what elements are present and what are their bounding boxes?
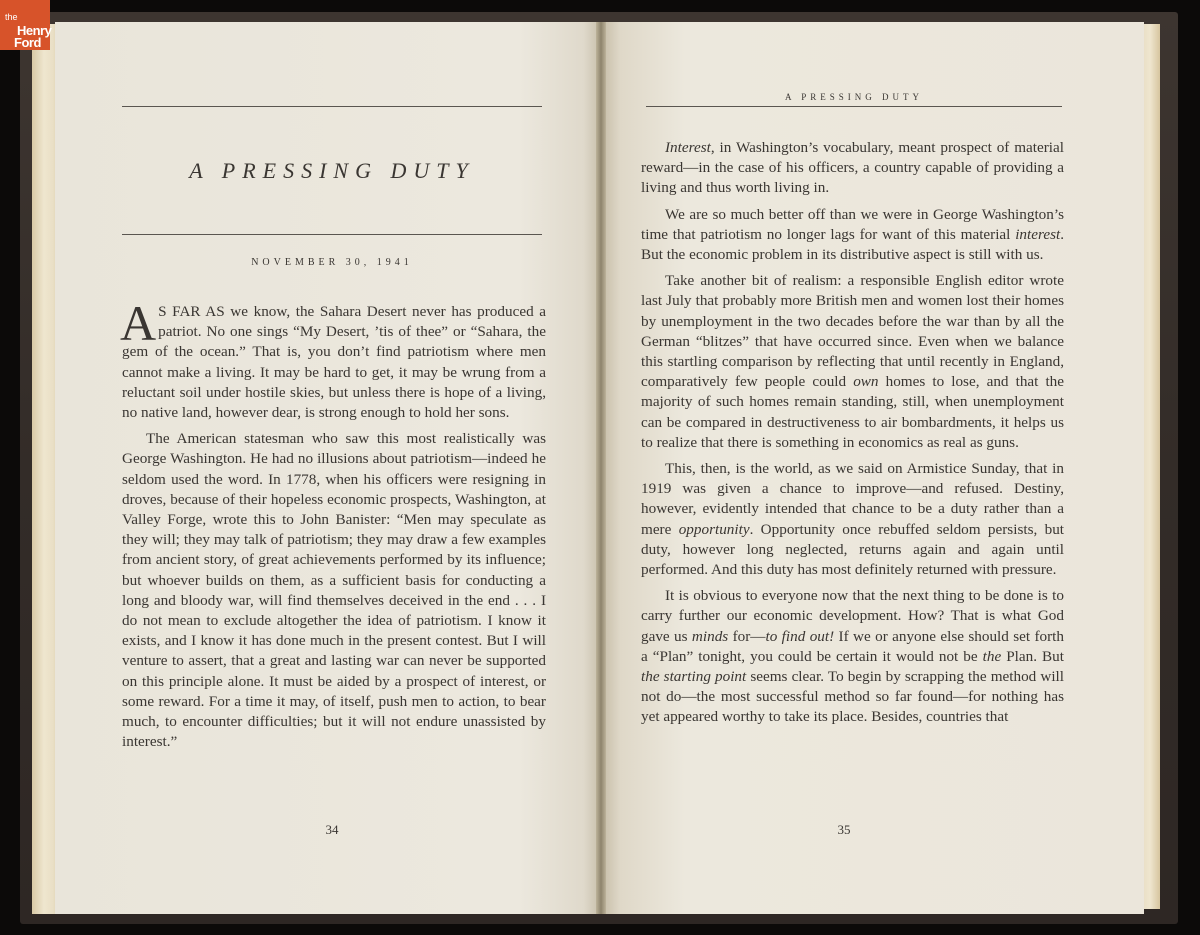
title-rule	[122, 234, 542, 235]
page-number-left: 34	[312, 822, 352, 838]
book-gutter	[596, 22, 606, 914]
paragraph-obvious: It is obvious to everyone now that the n…	[641, 586, 1064, 727]
paragraph-better-off: We are so much better off than we were i…	[641, 205, 1064, 266]
chapter-date: NOVEMBER 30, 1941	[122, 257, 542, 268]
right-page-body: Interest, in Washington’s vocabulary, me…	[641, 138, 1064, 728]
running-head: A PRESSING DUTY	[648, 92, 1060, 102]
opening-paragraph-text: S FAR AS we know, the Sahara Desert neve…	[122, 303, 546, 421]
italic-term: Interest	[665, 139, 711, 156]
paragraph-realism: Take another bit of realism: a responsib…	[641, 271, 1064, 453]
washington-paragraph: The American statesman who saw this most…	[122, 429, 546, 752]
logo-text-the: the	[5, 13, 18, 22]
paragraph-world: This, then, is the world, as we said on …	[641, 459, 1064, 580]
opening-paragraph: AS FAR AS we know, the Sahara Desert nev…	[122, 302, 546, 423]
chapter-title: A PRESSING DUTY	[122, 158, 542, 184]
drop-cap: A	[120, 302, 156, 343]
logo-text-ford: Ford	[14, 36, 41, 49]
henry-ford-logo: the Henry Ford	[0, 0, 50, 50]
paragraph-interest: Interest, in Washington’s vocabulary, me…	[641, 138, 1064, 199]
left-page-body: AS FAR AS we know, the Sahara Desert nev…	[122, 302, 546, 752]
running-head-rule	[646, 106, 1062, 107]
top-rule	[122, 106, 542, 107]
page-number-right: 35	[824, 822, 864, 838]
